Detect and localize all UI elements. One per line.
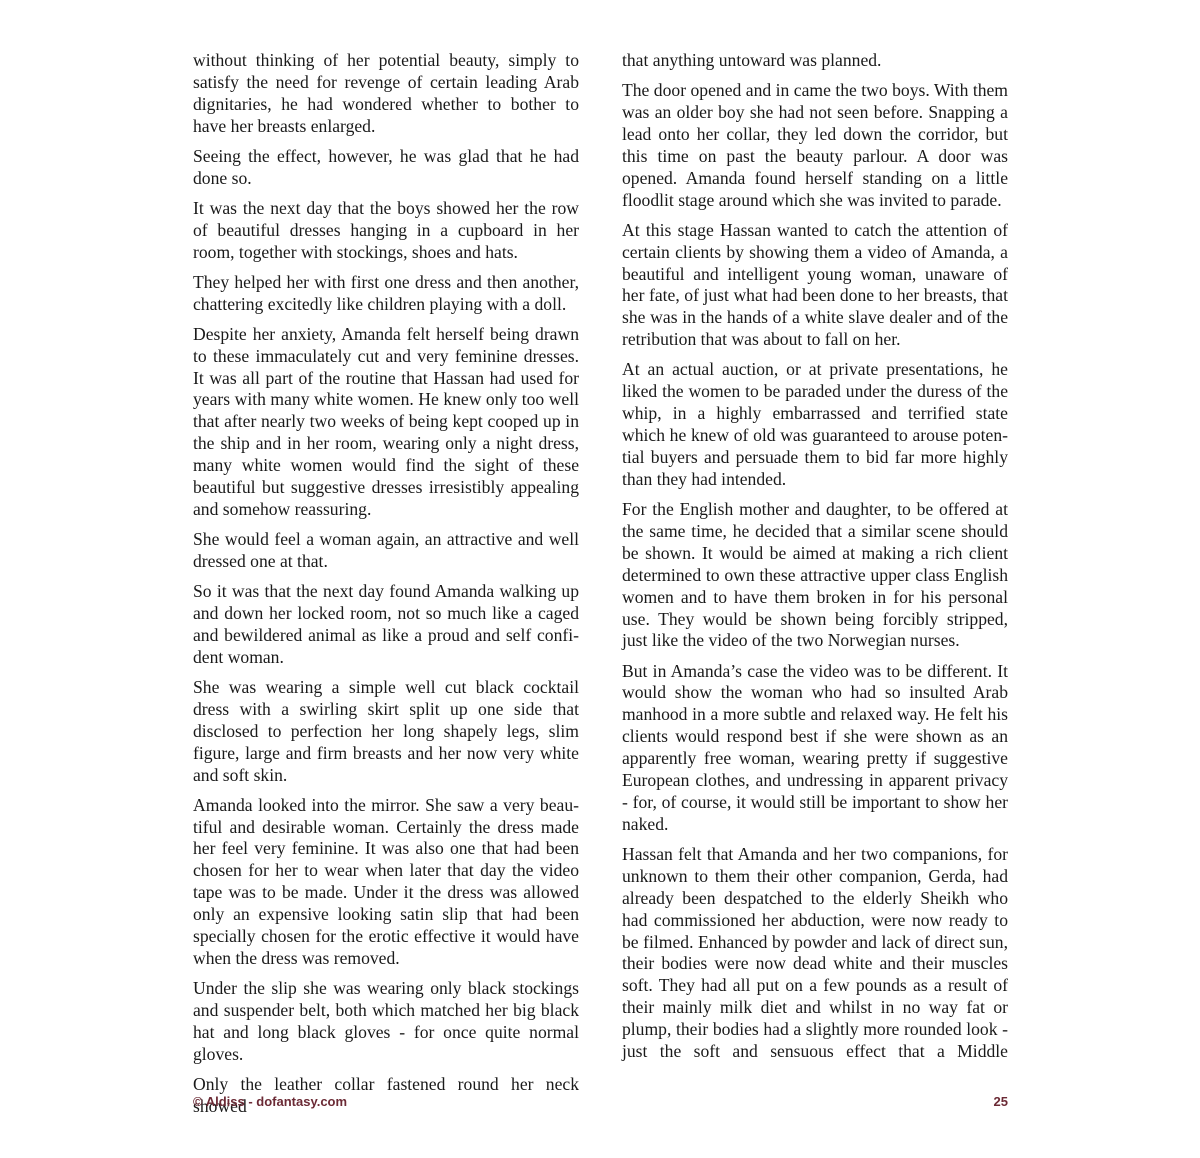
copyright-footer: © Aldiss - dofantasy.com <box>193 1094 347 1109</box>
page-number: 25 <box>990 1094 1008 1109</box>
paragraph: Hassan felt that Amanda and her two comp… <box>622 844 1008 1063</box>
paragraph: that anything untoward was planned. <box>622 50 1008 72</box>
paragraph: It was the next day that the boys showed… <box>193 198 579 264</box>
paragraph: Under the slip she was wearing only blac… <box>193 978 579 1066</box>
paragraph: The door opened and in came the two boys… <box>622 80 1008 211</box>
paragraph: Seeing the effect, however, he was glad … <box>193 146 579 190</box>
paragraph: So it was that the next day found Amanda… <box>193 581 579 669</box>
paragraph: They helped her with first one dress and… <box>193 272 579 316</box>
paragraph: She was wearing a simple well cut black … <box>193 677 579 787</box>
right-text-column: that anything untoward was planned. The … <box>622 50 1008 1071</box>
paragraph: But in Amanda’s case the video was to be… <box>622 661 1008 836</box>
paragraph: Despite her anxiety, Amanda felt herself… <box>193 324 579 521</box>
paragraph: At this stage Hassan wanted to catch the… <box>622 220 1008 351</box>
paragraph: For the English mother and daughter, to … <box>622 499 1008 652</box>
paragraph: without thinking of her potential beauty… <box>193 50 579 138</box>
left-text-column: without thinking of her potential beauty… <box>193 50 579 1126</box>
paragraph: Amanda looked into the mirror. She saw a… <box>193 795 579 970</box>
paragraph: She would feel a woman again, an attract… <box>193 529 579 573</box>
paragraph: At an actual auction, or at private pres… <box>622 359 1008 490</box>
book-page: without thinking of her potential beauty… <box>0 0 1200 1158</box>
